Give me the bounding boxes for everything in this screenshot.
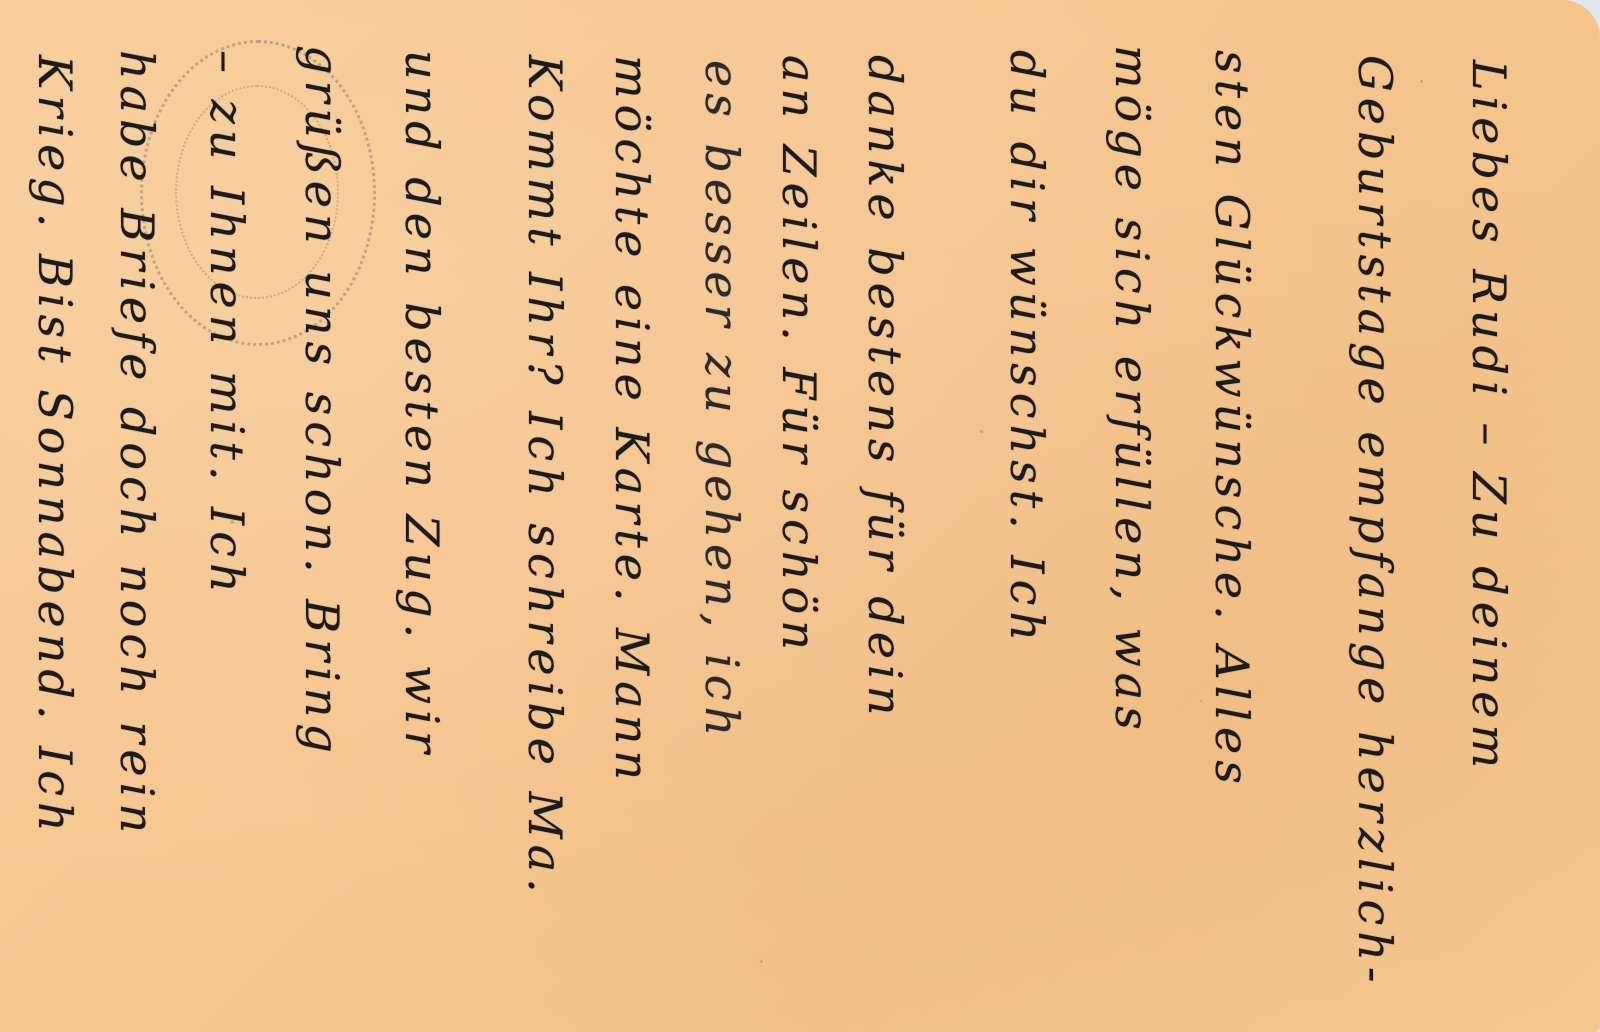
handwritten-line-15: Krieg. Bist Sonnabend. Ich bbox=[32, 55, 78, 838]
postcard: Liebes Rudi – Zu deinem Geburtstage empf… bbox=[0, 0, 1600, 1032]
handwritten-line-1: Liebes Rudi – Zu deinem bbox=[1466, 60, 1512, 774]
paper-speckle bbox=[1420, 80, 1423, 83]
handwritten-line-12: grüßen uns schon. Bring bbox=[299, 45, 345, 759]
paper-speckle bbox=[760, 960, 763, 963]
handwritten-line-6: danke bestens für dein bbox=[862, 55, 908, 721]
handwritten-line-3: sten Glückwünsche. Alles bbox=[1209, 50, 1255, 790]
handwritten-line-14: habe Briefe doch noch rein bbox=[114, 50, 160, 839]
handwritten-line-8: es besser zu gehen, ich bbox=[699, 60, 745, 742]
handwritten-line-9: möchte eine Karte. Mann bbox=[609, 55, 655, 786]
handwritten-line-11: und den besten Zug. wir bbox=[399, 50, 445, 759]
handwritten-line-13: – zu Ihnen mit. Ich bbox=[204, 50, 250, 599]
paper-speckle bbox=[1200, 700, 1202, 702]
handwritten-line-7: an Zeilen. Für schön bbox=[776, 55, 822, 656]
handwritten-line-2: Geburtstage empfange herzlich- bbox=[1352, 55, 1398, 988]
handwritten-line-4: möge sich erfüllen, was bbox=[1109, 45, 1155, 736]
handwritten-line-10: Kommt Ihr? Ich schreibe Ma. bbox=[522, 55, 568, 899]
paper-speckle bbox=[980, 430, 983, 433]
handwritten-line-5: du dir wünschst. Ich bbox=[1004, 50, 1050, 647]
